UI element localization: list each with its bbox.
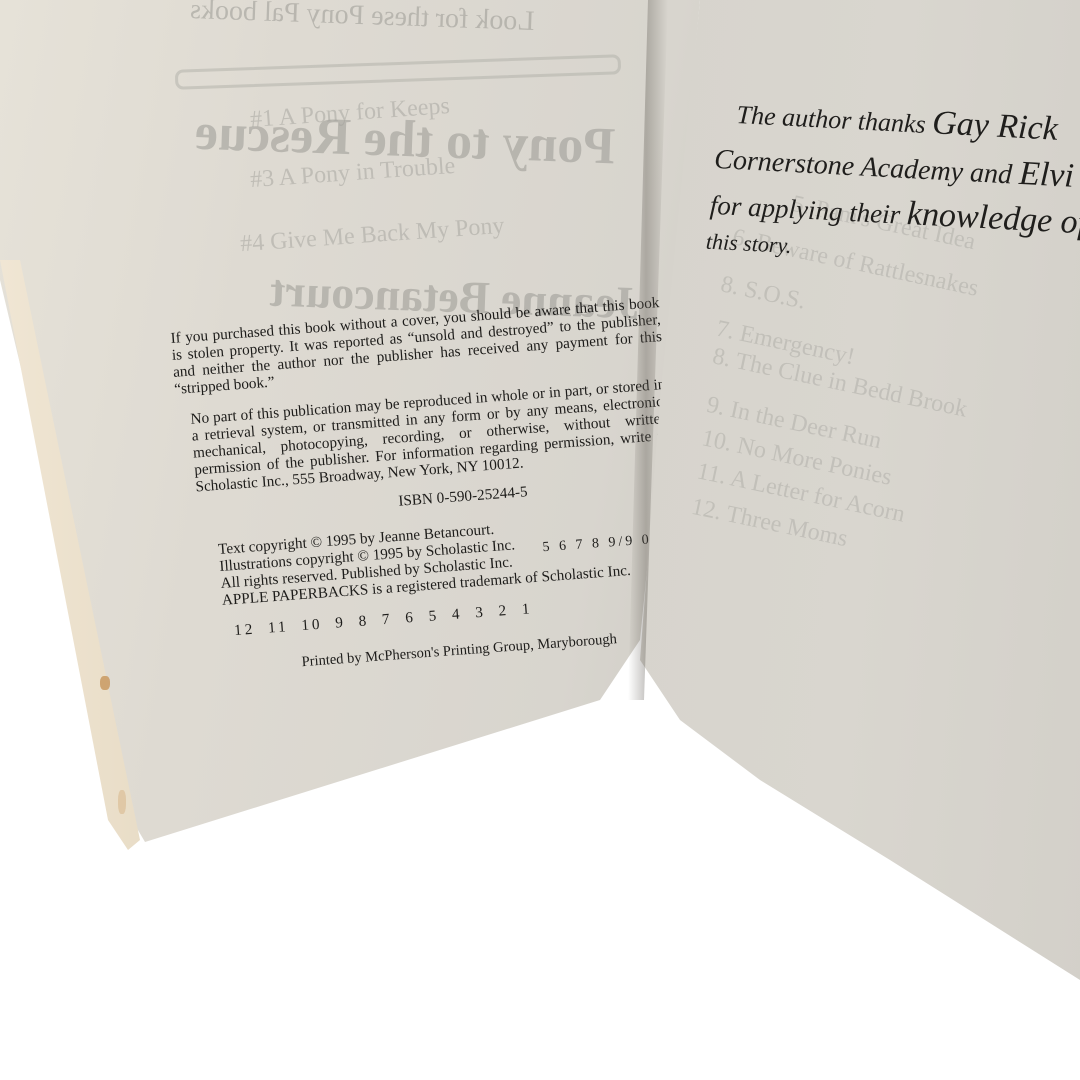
ack-text: for applying their: [709, 190, 908, 230]
ack-text: Gay Rick: [931, 104, 1058, 148]
book-photo: Look for these Pony Pal books Pony to th…: [0, 0, 1080, 1080]
page-stain: [100, 676, 110, 690]
copyright-block: If you purchased this book without a cov…: [170, 294, 684, 679]
ack-text: The author thanks: [736, 100, 933, 139]
acknowledgement: The author thanks Gay Rick Cornerstone A…: [709, 90, 1080, 279]
ack-text: knowledge of: [906, 195, 1080, 241]
page-stain: [118, 790, 126, 814]
ack-text: Elvi: [1018, 155, 1075, 195]
ack-text: this story.: [705, 229, 792, 258]
